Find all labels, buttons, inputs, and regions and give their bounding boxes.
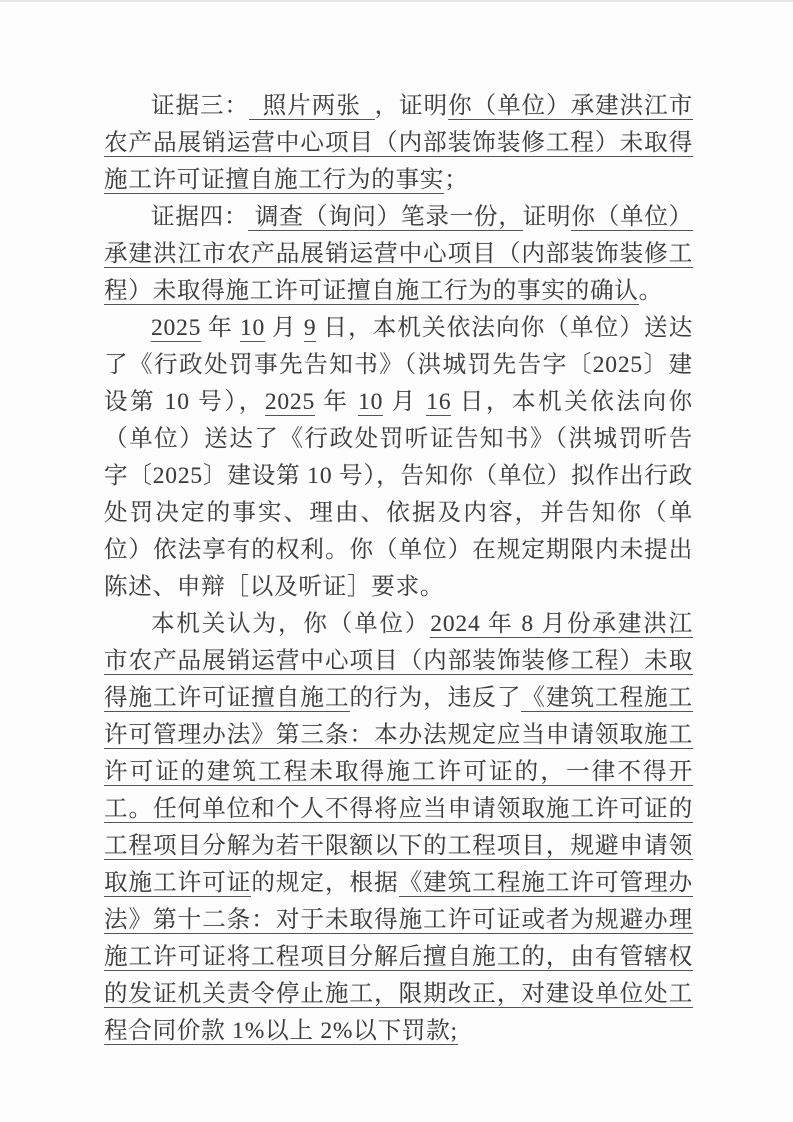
underlined-text: 9 <box>304 315 317 342</box>
paragraph: 2025 年 10 月 9 日，本机关依法向你（单位）送达了《行政处罚事先告知书… <box>104 310 693 606</box>
underlined-text: 10 <box>240 315 265 342</box>
text-segment: 本机关认为，你（单位） <box>151 611 430 637</box>
text-segment: 日，本机关依法向你（单位）送达了《行政处罚听证告知书》（洪城罚听告字〔2025〕… <box>104 389 693 600</box>
paragraph: 证据三： 照片两张 ，证明你（单位）承建洪江市农产品展销运营中心项目（内部装饰装… <box>104 88 693 199</box>
text-segment: ； <box>444 167 468 193</box>
underlined-text: 《建筑工程施工许可管理办法》第三条：本办法规定应当申请领取施工许可证的建筑工程未… <box>104 685 693 897</box>
text-segment: 证据三： <box>151 93 249 119</box>
text-segment: 。 <box>639 278 663 304</box>
text-segment: 月 <box>265 315 304 341</box>
underlined-text: 2025 <box>151 315 201 342</box>
document-page: 证据三： 照片两张 ，证明你（单位）承建洪江市农产品展销运营中心项目（内部装饰装… <box>0 0 793 1122</box>
text-segment: 的行为，违反了 <box>350 685 522 711</box>
underlined-text: 10 <box>358 389 383 416</box>
underlined-text: 2025 <box>265 389 315 416</box>
text-segment: 年 <box>201 315 240 341</box>
text-segment: 的规定，根据 <box>251 870 398 896</box>
underlined-text: 16 <box>426 389 451 416</box>
text-segment: 月 <box>383 389 426 415</box>
paragraph: 证据四： 调查（询问）笔录一份，证明你（单位）承建洪江市农产品展销运营中心项目（… <box>104 199 693 310</box>
text-segment: 证据四： <box>151 204 248 230</box>
text-segment: 年 <box>315 389 358 415</box>
document-content: 证据三： 照片两张 ，证明你（单位）承建洪江市农产品展销运营中心项目（内部装饰装… <box>104 88 693 1050</box>
text-segment: ，证明 <box>375 93 449 119</box>
underlined-text: 照片两张 <box>249 93 375 120</box>
paragraph: 本机关认为，你（单位）2024 年 8 月份承建洪江市农产品展销运营中心项目（内… <box>104 606 693 1050</box>
text-segment: 证明 <box>523 204 572 230</box>
underlined-text: 调查（询问）笔录一份， <box>248 204 522 231</box>
